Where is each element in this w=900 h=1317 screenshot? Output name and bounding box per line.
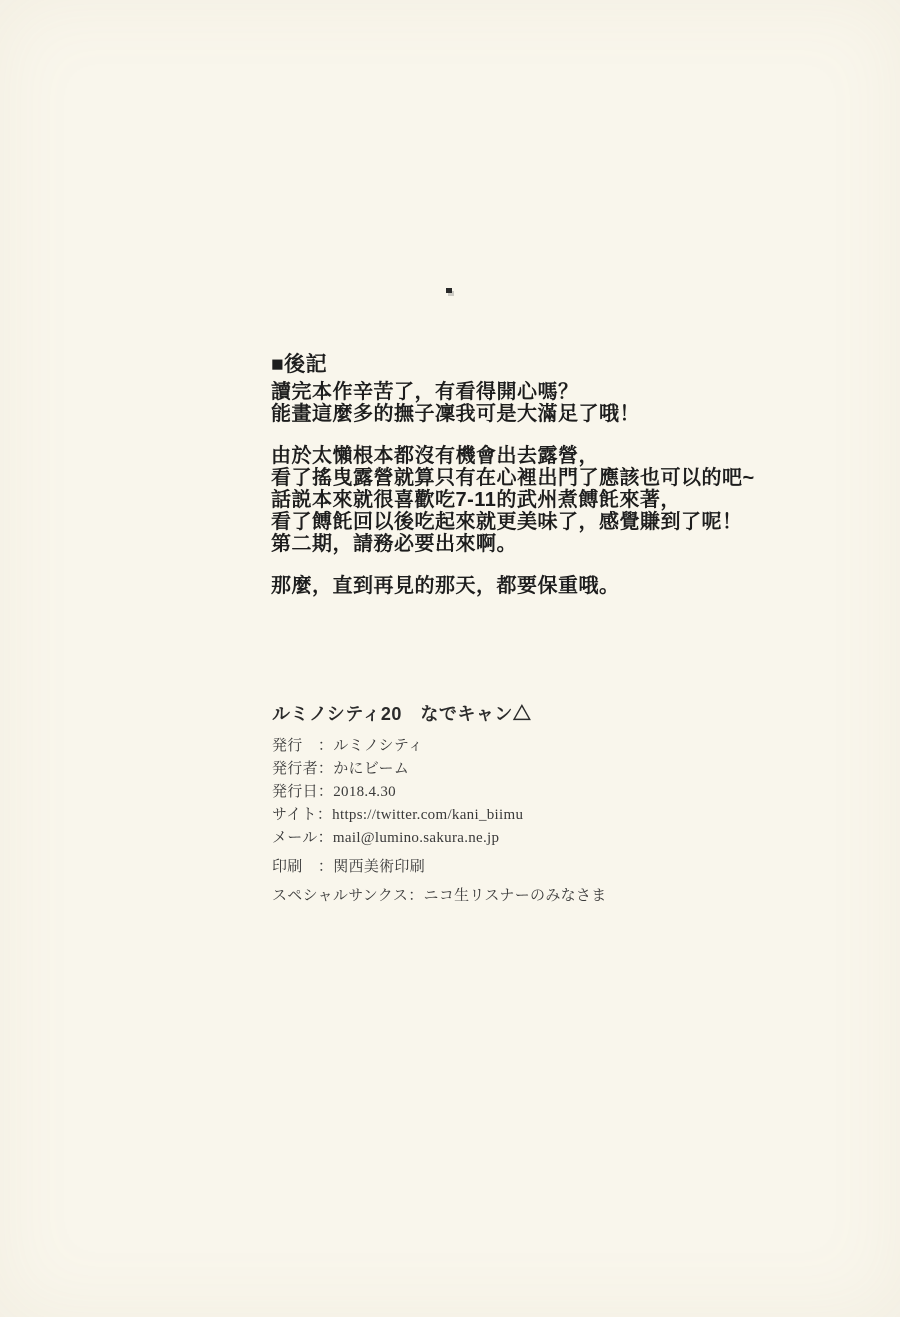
colophon-section: ルミノシティ20 なでキャン△ 発行 ：ルミノシティ 発行者：かにビーム 発行日… (272, 704, 692, 908)
colophon-label: スペシャルサンクス (272, 888, 408, 904)
colophon-separator: ： (408, 888, 423, 904)
colophon-row-printer: 印刷 ：関西美術印刷 (272, 856, 692, 879)
afterword-line: 看了餺飥回以後吃起來就更美味了，感覺賺到了呢！ (271, 511, 743, 533)
afterword-line: 讀完本作辛苦了，有看得開心嗎？ (271, 381, 579, 403)
paper-speck (446, 288, 452, 293)
colophon-separator: ： (318, 859, 333, 875)
afterword-section: ■後記 讀完本作辛苦了，有看得開心嗎？ 能畫這麼多的撫子凜我可是大滿足了哦！ 由… (271, 352, 791, 617)
scanned-doujin-page: ■後記 讀完本作辛苦了，有看得開心嗎？ 能畫這麼多的撫子凜我可是大滿足了哦！ 由… (0, 0, 900, 1317)
colophon-row-publisher-circle: 発行 ：ルミノシティ (272, 735, 692, 758)
afterword-line: 能畫這麼多的撫子凜我可是大滿足了哦！ (271, 403, 640, 425)
afterword-line: 第二期，請務必要出來啊。 (271, 533, 517, 555)
colophon-row-publish-date: 発行日：2018.4.30 (272, 781, 692, 804)
colophon-row-author: 発行者：かにビーム (272, 758, 692, 781)
afterword-line: 話説本來就很喜歡吃7-11的武州煮餺飥來著， (271, 489, 681, 511)
afterword-line: 由於太懶根本都沒有機會出去露營， (271, 445, 599, 467)
colophon-value: かにビーム (333, 761, 409, 777)
colophon-title: ルミノシティ20 なでキャン△ (272, 704, 692, 725)
colophon-label: サイト (272, 807, 317, 823)
afterword-line: 看了搖曳露營就算只有在心裡出門了應該也可以的吧~ (271, 467, 755, 489)
colophon-separator: ： (317, 807, 332, 823)
colophon-label: 発行 (272, 738, 318, 754)
afterword-paragraph: 那麼，直到再見的那天，都要保重哦。 (271, 575, 791, 597)
colophon-label: 印刷 (272, 859, 318, 875)
colophon-separator: ： (318, 738, 333, 754)
afterword-paragraph: 讀完本作辛苦了，有看得開心嗎？ 能畫這麼多的撫子凜我可是大滿足了哦！ (271, 381, 791, 425)
afterword-heading: ■後記 (271, 352, 791, 378)
colophon-row-website: サイト：https://twitter.com/kani_biimu (272, 804, 692, 827)
colophon-value: 2018.4.30 (333, 784, 396, 800)
afterword-line: 那麼，直到再見的那天，都要保重哦。 (271, 575, 620, 597)
afterword-paragraph: 由於太懶根本都沒有機會出去露營， 看了搖曳露營就算只有在心裡出門了應該也可以的吧… (271, 445, 791, 555)
colophon-value: 関西美術印刷 (333, 859, 425, 875)
colophon-separator: ： (318, 830, 333, 846)
colophon-separator: ： (318, 784, 333, 800)
colophon-row-special-thanks: スペシャルサンクス：ニコ生リスナーのみなさま (272, 885, 692, 908)
twitter-url: https://twitter.com/kani_biimu (332, 807, 523, 823)
colophon-separator: ： (318, 761, 333, 777)
colophon-label: メール (272, 830, 318, 846)
colophon-value: ニコ生リスナーのみなさま (424, 888, 607, 904)
colophon-row-email: メール：mail@lumino.sakura.ne.jp (272, 827, 692, 850)
colophon-label: 発行者 (272, 761, 318, 777)
colophon-label: 発行日 (272, 784, 318, 800)
email-address: mail@lumino.sakura.ne.jp (333, 830, 499, 846)
colophon-value: ルミノシティ (333, 738, 423, 754)
